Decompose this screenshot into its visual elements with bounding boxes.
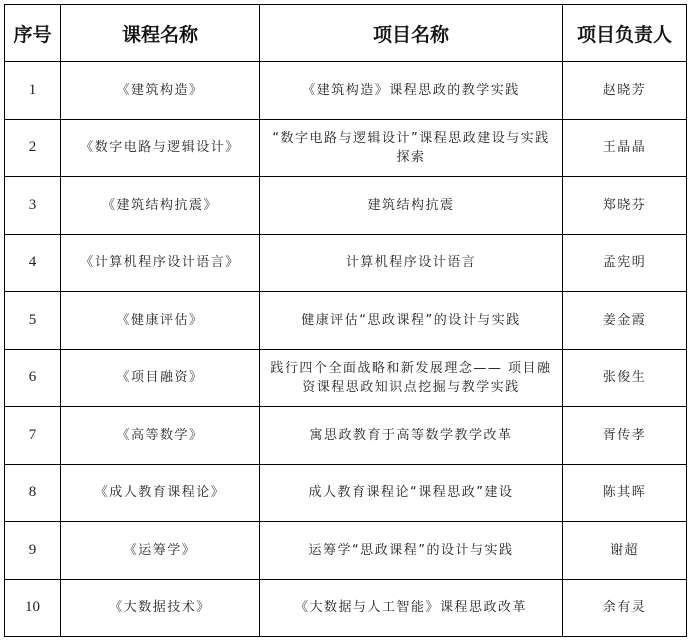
cell-no: 10 bbox=[5, 579, 61, 637]
table-row: 6 《项目融资》 践行四个全面战略和新发展理念—— 项目融资课程思政知识点挖掘与… bbox=[5, 349, 687, 407]
table-row: 3 《建筑结构抗震》 建筑结构抗震 郑晓芬 bbox=[5, 177, 687, 235]
table-row: 7 《高等数学》 寓思政教育于高等数学教学改革 胥传孝 bbox=[5, 407, 687, 465]
cell-leader: 姜金霞 bbox=[563, 292, 687, 350]
table-row: 8 《成人教育课程论》 成人教育课程论“课程思政”建设 陈其晖 bbox=[5, 464, 687, 522]
cell-project: 践行四个全面战略和新发展理念—— 项目融资课程思政知识点挖掘与教学实践 bbox=[260, 349, 563, 407]
cell-leader: 陈其晖 bbox=[563, 464, 687, 522]
table-row: 4 《计算机程序设计语言》 计算机程序设计语言 孟宪明 bbox=[5, 234, 687, 292]
cell-no: 7 bbox=[5, 407, 61, 465]
cell-project: 健康评估“思政课程”的设计与实践 bbox=[260, 292, 563, 350]
cell-leader: 张俊生 bbox=[563, 349, 687, 407]
cell-no: 4 bbox=[5, 234, 61, 292]
cell-course: 《项目融资》 bbox=[61, 349, 260, 407]
table-row: 1 《建筑构造》 《建筑构造》课程思政的教学实践 赵晓芳 bbox=[5, 62, 687, 120]
header-row: 序号 课程名称 项目名称 项目负责人 bbox=[5, 5, 687, 62]
header-project-name: 项目名称 bbox=[260, 5, 563, 62]
cell-no: 8 bbox=[5, 464, 61, 522]
cell-leader: 余有灵 bbox=[563, 579, 687, 637]
course-project-table: 序号 课程名称 项目名称 项目负责人 1 《建筑构造》 《建筑构造》课程思政的教… bbox=[4, 4, 687, 637]
header-project-leader: 项目负责人 bbox=[563, 5, 687, 62]
cell-no: 2 bbox=[5, 119, 61, 177]
cell-project: 运筹学“思政课程”的设计与实践 bbox=[260, 522, 563, 580]
cell-course: 《大数据技术》 bbox=[61, 579, 260, 637]
cell-course: 《数字电路与逻辑设计》 bbox=[61, 119, 260, 177]
cell-leader: 胥传孝 bbox=[563, 407, 687, 465]
cell-leader: 孟宪明 bbox=[563, 234, 687, 292]
cell-leader: 郑晓芬 bbox=[563, 177, 687, 235]
table-row: 2 《数字电路与逻辑设计》 “数字电路与逻辑设计”课程思政建设与实践探索 王晶晶 bbox=[5, 119, 687, 177]
cell-course: 《计算机程序设计语言》 bbox=[61, 234, 260, 292]
cell-course: 《建筑构造》 bbox=[61, 62, 260, 120]
cell-project: 成人教育课程论“课程思政”建设 bbox=[260, 464, 563, 522]
header-course-name: 课程名称 bbox=[61, 5, 260, 62]
cell-project: “数字电路与逻辑设计”课程思政建设与实践探索 bbox=[260, 119, 563, 177]
cell-no: 6 bbox=[5, 349, 61, 407]
cell-course: 《高等数学》 bbox=[61, 407, 260, 465]
cell-leader: 谢超 bbox=[563, 522, 687, 580]
cell-project: 《建筑构造》课程思政的教学实践 bbox=[260, 62, 563, 120]
cell-no: 3 bbox=[5, 177, 61, 235]
cell-no: 1 bbox=[5, 62, 61, 120]
table-row: 5 《健康评估》 健康评估“思政课程”的设计与实践 姜金霞 bbox=[5, 292, 687, 350]
cell-no: 5 bbox=[5, 292, 61, 350]
cell-course: 《健康评估》 bbox=[61, 292, 260, 350]
cell-leader: 赵晓芳 bbox=[563, 62, 687, 120]
cell-project: 寓思政教育于高等数学教学改革 bbox=[260, 407, 563, 465]
cell-no: 9 bbox=[5, 522, 61, 580]
table-row: 9 《运筹学》 运筹学“思政课程”的设计与实践 谢超 bbox=[5, 522, 687, 580]
table-row: 10 《大数据技术》 《大数据与人工智能》课程思政改革 余有灵 bbox=[5, 579, 687, 637]
cell-project: 《大数据与人工智能》课程思政改革 bbox=[260, 579, 563, 637]
header-no: 序号 bbox=[5, 5, 61, 62]
cell-leader: 王晶晶 bbox=[563, 119, 687, 177]
cell-course: 《建筑结构抗震》 bbox=[61, 177, 260, 235]
cell-project: 计算机程序设计语言 bbox=[260, 234, 563, 292]
cell-project: 建筑结构抗震 bbox=[260, 177, 563, 235]
cell-course: 《运筹学》 bbox=[61, 522, 260, 580]
cell-course: 《成人教育课程论》 bbox=[61, 464, 260, 522]
